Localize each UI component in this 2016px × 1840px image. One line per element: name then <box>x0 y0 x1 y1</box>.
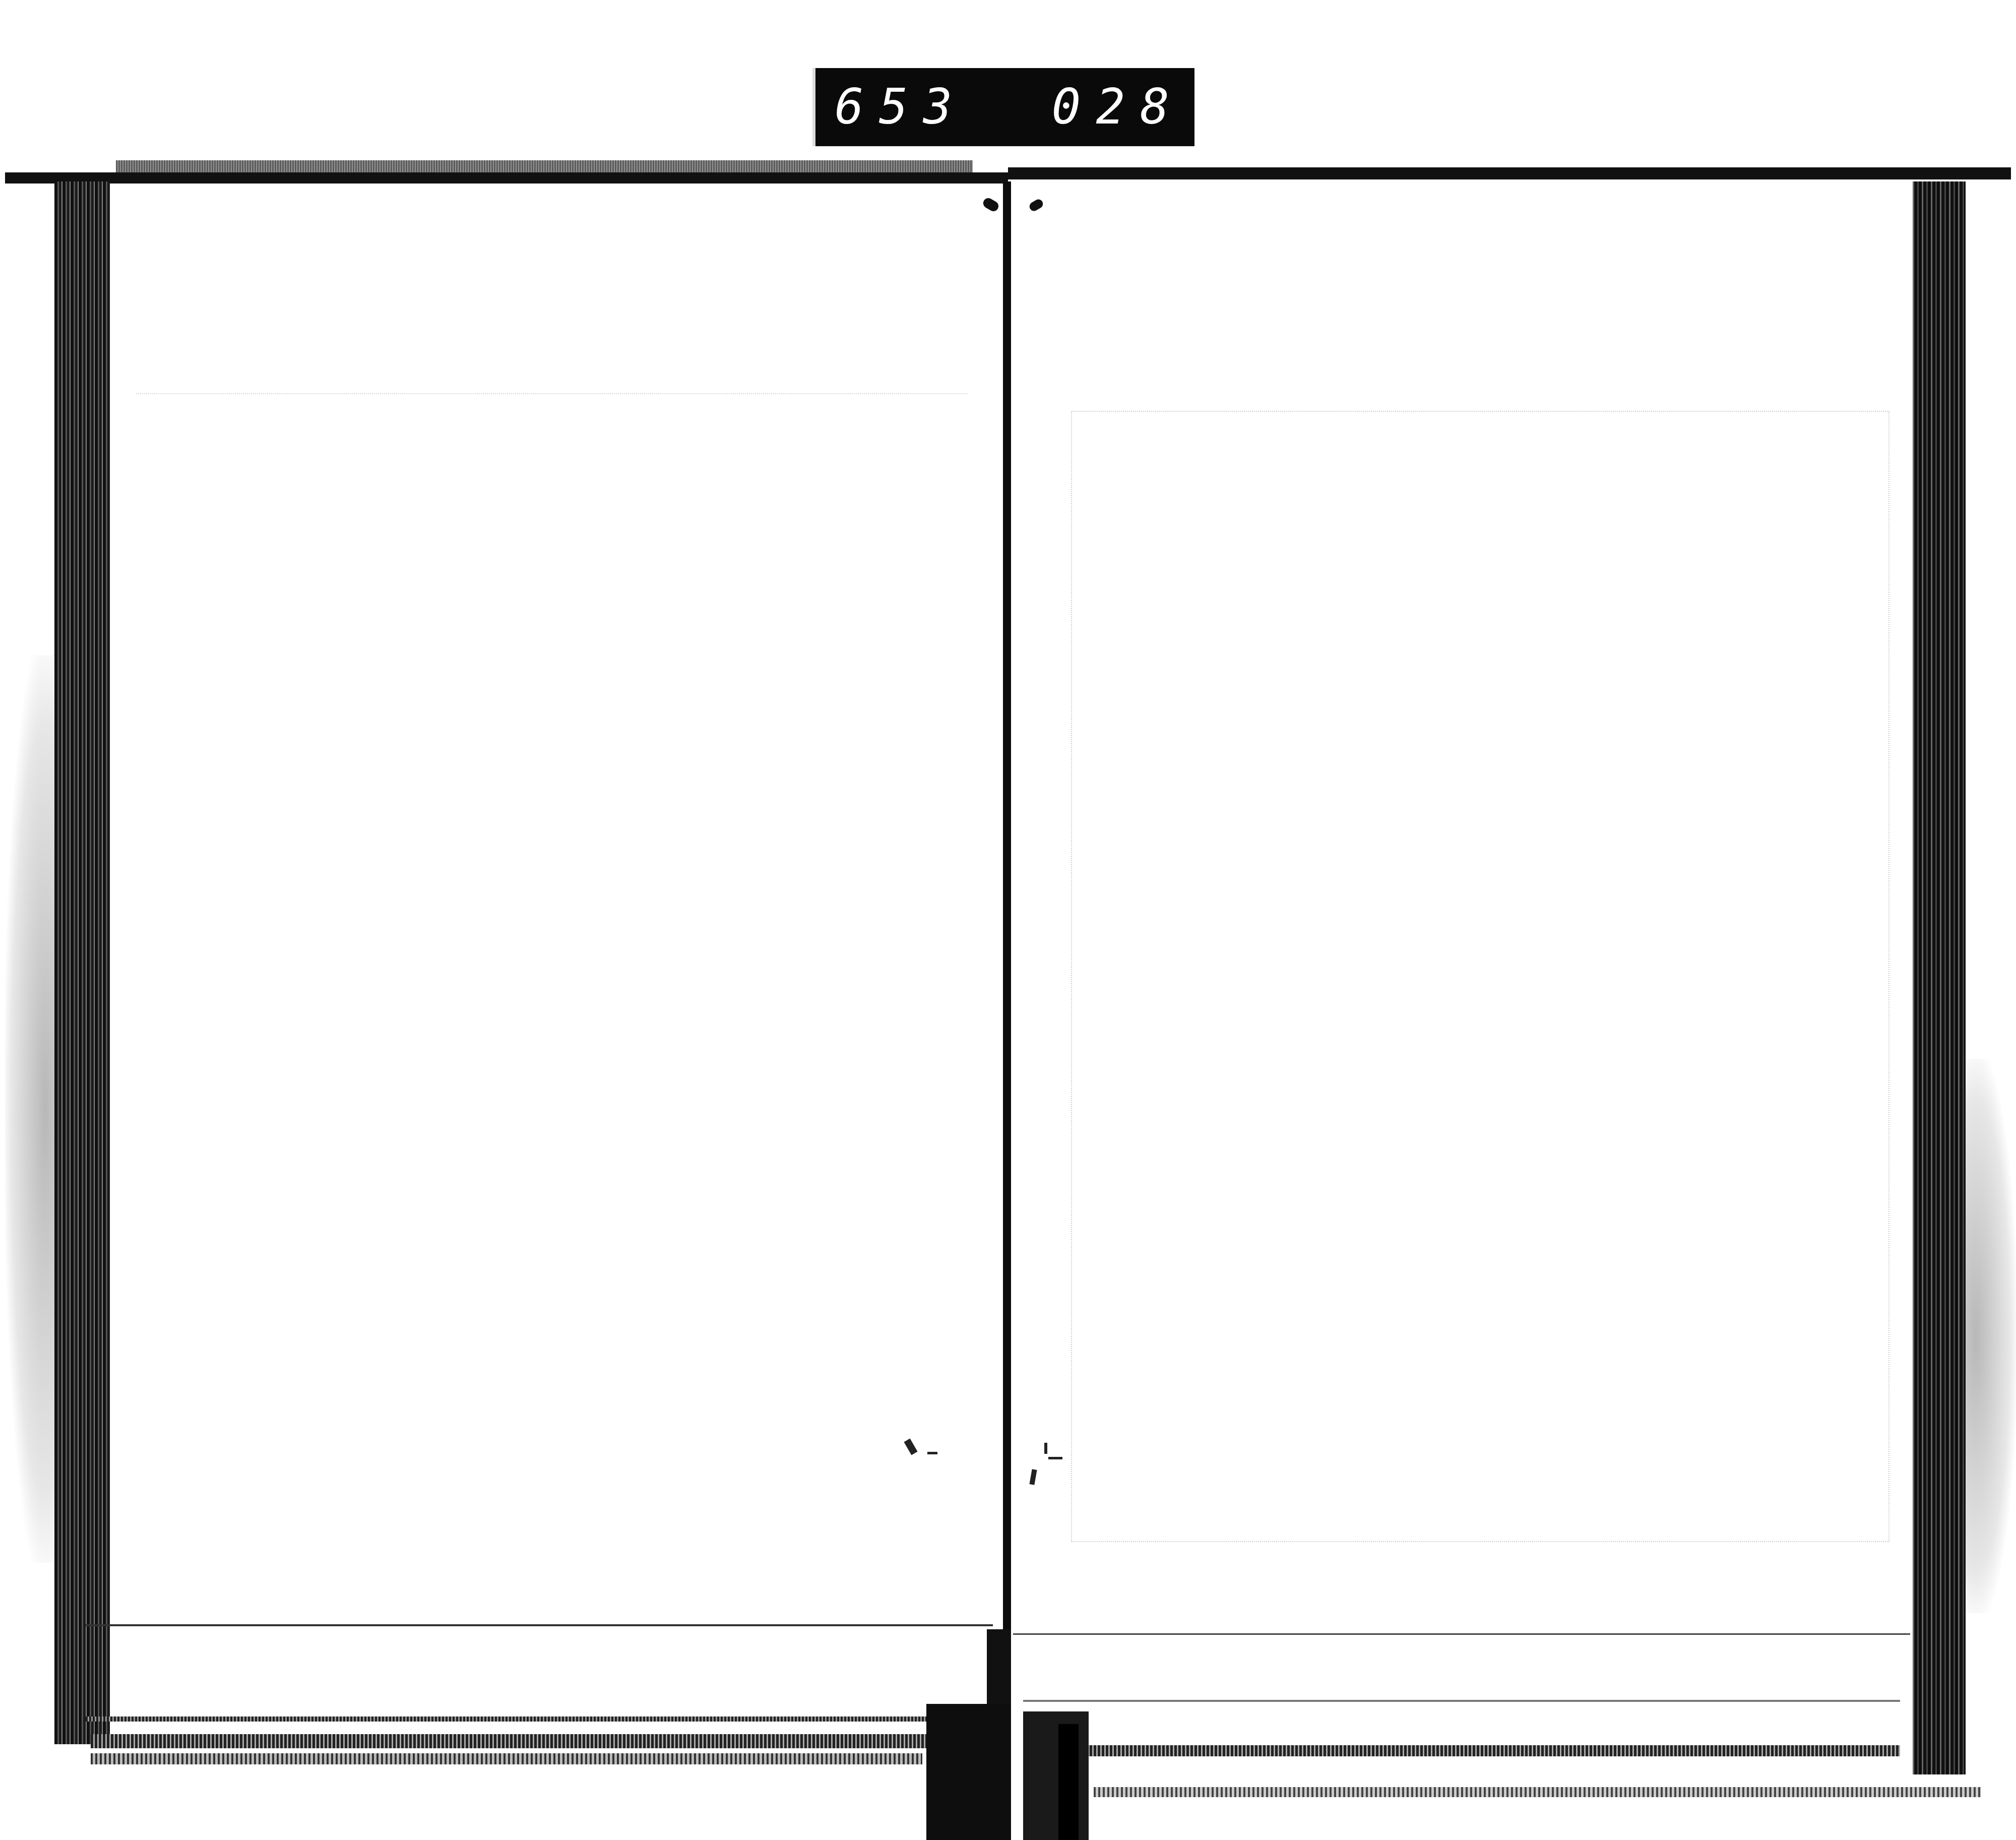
right-lower-page-stack <box>1033 1745 1900 1756</box>
frame-number: 028 <box>1052 79 1184 135</box>
left-page-faint-rule <box>136 393 968 394</box>
book-top-edge-right <box>1008 167 2011 179</box>
frame-counter-label: 653 028 <box>812 68 1194 146</box>
handwriting-mark <box>927 1452 937 1454</box>
right-page-stack-edge <box>1913 181 1966 1774</box>
left-page-bottom-edge <box>86 1624 993 1626</box>
left-lower-page-stack <box>91 1734 948 1748</box>
right-lower-page-stack <box>1094 1787 1981 1797</box>
book-top-edge-left <box>5 172 1008 183</box>
handwriting-mark <box>1048 1457 1062 1459</box>
left-page-stack-edge <box>54 181 110 1744</box>
left-margin-shadow <box>5 655 55 1563</box>
right-page-ruled-border <box>1071 411 1889 1542</box>
right-lower-page-stack <box>1023 1700 1900 1702</box>
spine-base <box>987 1629 1011 1710</box>
handwriting-mark <box>1044 1443 1047 1454</box>
book-cradle-post <box>1058 1724 1079 1840</box>
book-cradle-right <box>1023 1711 1089 1840</box>
left-lower-page-stack <box>86 1716 963 1722</box>
book-cradle-left <box>926 1704 1011 1840</box>
left-page <box>110 183 1004 1623</box>
frame-counter-digits: 653 028 <box>835 79 1184 135</box>
reel-number: 653 <box>835 79 967 135</box>
right-margin-shadow <box>1966 1059 2016 1613</box>
book-spine-gutter <box>1003 181 1011 1633</box>
right-page-bottom-edge <box>1013 1633 1910 1635</box>
left-lower-page-stack <box>91 1753 922 1764</box>
